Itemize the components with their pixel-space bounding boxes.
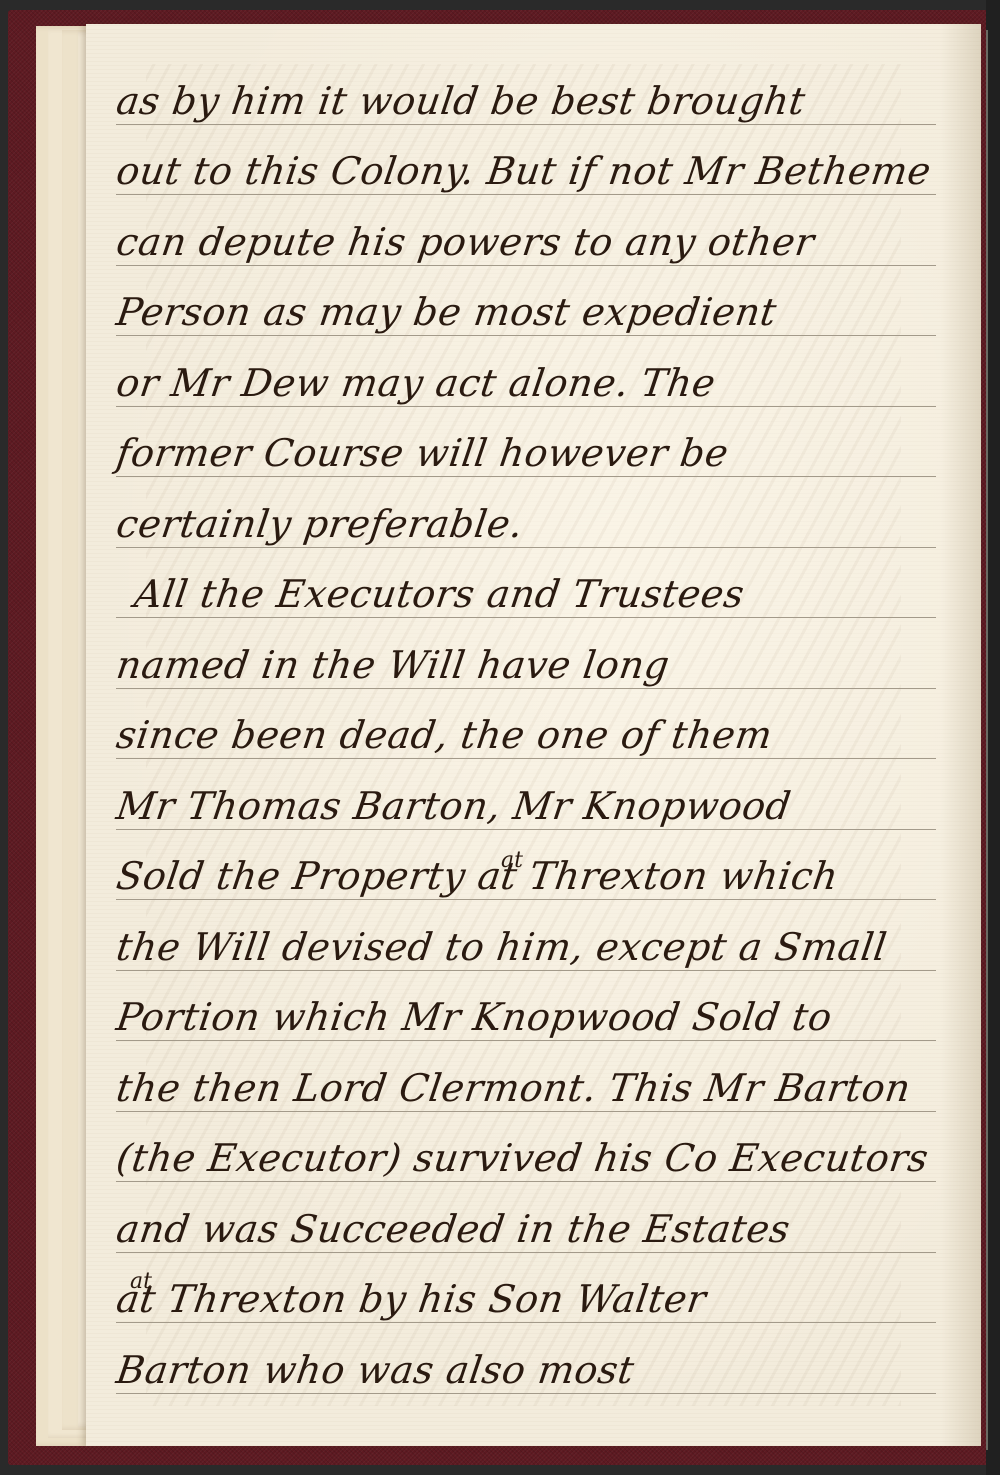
- line-text: at Threxton by his Son Walter: [112, 1277, 709, 1333]
- line-text: Sold the Property at Threxton which: [112, 854, 841, 910]
- text-line: can depute his powers to any other: [116, 205, 916, 276]
- line-text: Barton who was also most: [112, 1348, 637, 1404]
- line-text: certainly preferable.: [112, 502, 526, 558]
- interlinear-insertion: at: [501, 848, 523, 873]
- text-line: Person as may be most expedient: [116, 276, 916, 347]
- line-text: former Course will however be: [112, 431, 731, 487]
- text-line: Portion which Mr Knopwood Sold to: [116, 981, 916, 1052]
- text-line: out to this Colony. But if not Mr Bethem…: [116, 135, 916, 206]
- text-line: the Will devised to him, except a Small: [116, 910, 916, 981]
- text-line: Barton who was also most: [116, 1333, 916, 1404]
- line-text: named in the Will have long: [112, 643, 672, 699]
- page-fold-line: [986, 30, 988, 1450]
- line-text: Person as may be most expedient: [112, 290, 779, 346]
- text-line: Mr Thomas Barton, Mr Knopwood: [116, 769, 916, 840]
- line-text: Portion which Mr Knopwood Sold to: [112, 995, 835, 1051]
- facing-page-edge: [986, 0, 1000, 1475]
- line-text: out to this Colony. But if not Mr Bethem…: [112, 149, 934, 205]
- manuscript-page: as by him it would be best brought out t…: [86, 24, 981, 1446]
- text-line: atSold the Property at Threxton which: [116, 840, 916, 911]
- line-text: can depute his powers to any other: [112, 220, 817, 276]
- text-line: atat Threxton by his Son Walter: [116, 1263, 916, 1334]
- page-gutter: [941, 24, 981, 1446]
- line-text: the Will devised to him, except a Small: [112, 925, 890, 981]
- line-text: or Mr Dew may act alone. The: [112, 361, 718, 417]
- line-text: the then Lord Clermont. This Mr Barton: [112, 1066, 913, 1122]
- text-line: former Course will however be: [116, 417, 916, 488]
- line-text: All the Executors and Trustees: [112, 572, 747, 628]
- text-line: the then Lord Clermont. This Mr Barton: [116, 1051, 916, 1122]
- text-line: since been dead, the one of them: [116, 699, 916, 770]
- line-text: and was Succeeded in the Estates: [112, 1207, 793, 1263]
- line-text: as by him it would be best brought: [112, 79, 808, 135]
- line-text: Mr Thomas Barton, Mr Knopwood: [112, 784, 794, 840]
- text-line: and was Succeeded in the Estates: [116, 1192, 916, 1263]
- interlinear-insertion: at: [130, 1269, 152, 1294]
- text-line: certainly preferable.: [116, 487, 916, 558]
- line-text: since been dead, the one of them: [112, 713, 775, 769]
- text-line: as by him it would be best brought: [116, 64, 916, 135]
- text-line: or Mr Dew may act alone. The: [116, 346, 916, 417]
- handwritten-text: as by him it would be best brought out t…: [116, 64, 916, 1404]
- text-line: (the Executor) survived his Co Executors: [116, 1122, 916, 1193]
- text-line: All the Executors and Trustees: [116, 558, 916, 629]
- text-line: named in the Will have long: [116, 628, 916, 699]
- line-text: (the Executor) survived his Co Executors: [112, 1136, 931, 1192]
